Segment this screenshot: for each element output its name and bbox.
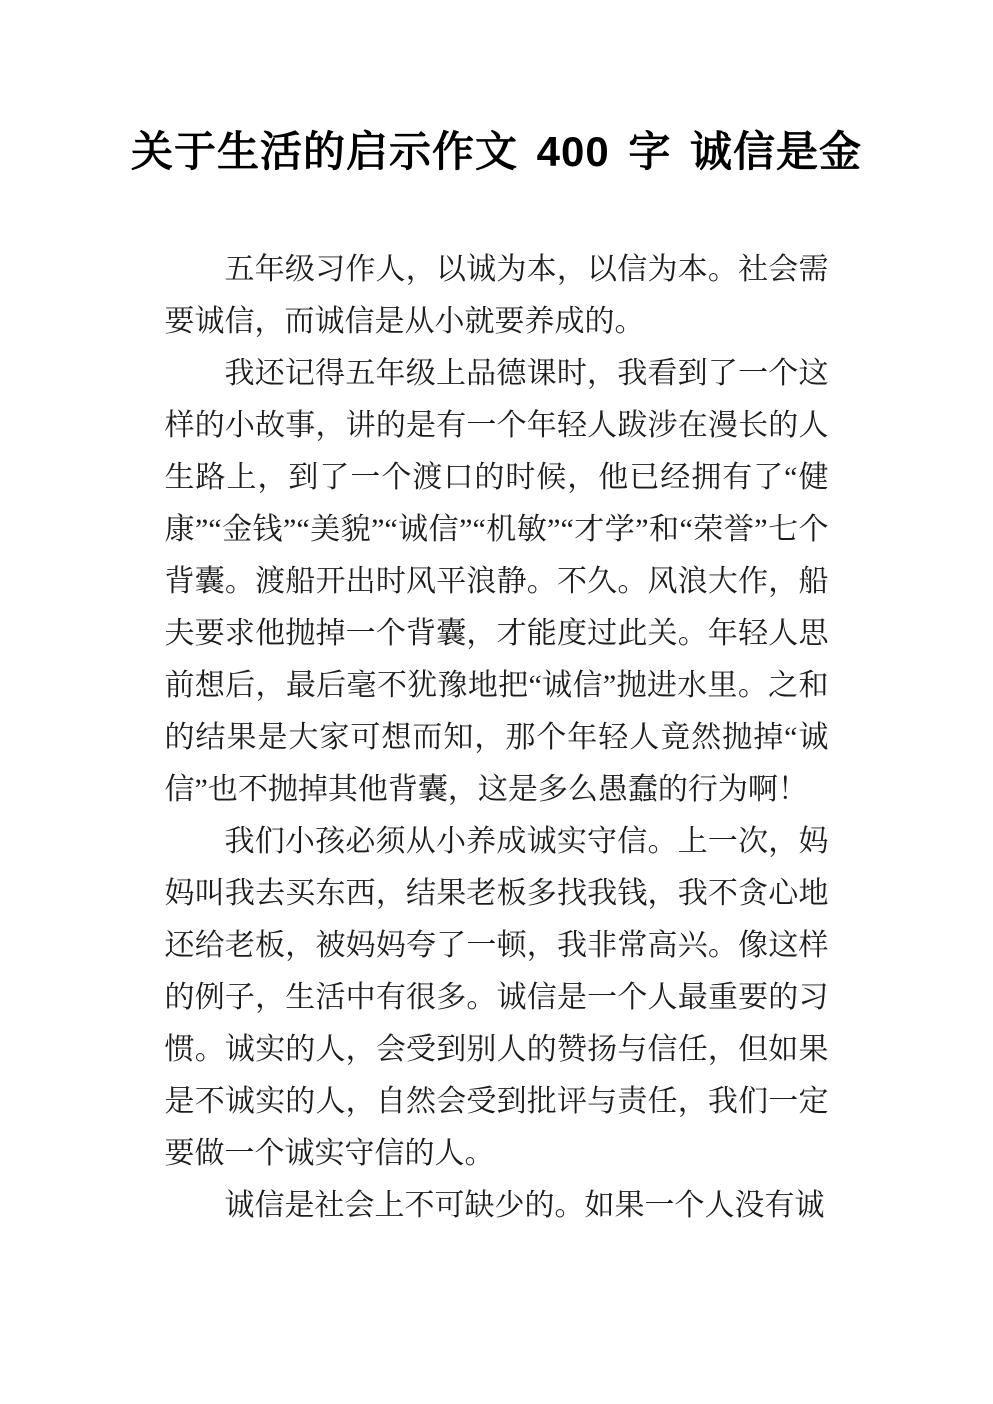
document-page: 关于生活的启示作文 400 字 诚信是金 五年级习作人，以诚为本，以信为本。社会… (0, 0, 993, 1404)
paragraph: 我们小孩必须从小养成诚实守信。上一次，妈妈叫我去买东西，结果老板多找我钱，我不贪… (165, 816, 829, 1180)
document-body: 五年级习作人，以诚为本，以信为本。社会需要诚信，而诚信是从小就要养成的。我还记得… (165, 244, 829, 1232)
paragraph: 我还记得五年级上品德课时，我看到了一个这样的小故事，讲的是有一个年轻人跋涉在漫长… (165, 348, 829, 816)
document-title: 关于生活的启示作文 400 字 诚信是金 (0, 122, 993, 182)
paragraph: 五年级习作人，以诚为本，以信为本。社会需要诚信，而诚信是从小就要养成的。 (165, 244, 829, 348)
paragraph: 诚信是社会上不可缺少的。如果一个人没有诚 (165, 1180, 829, 1232)
